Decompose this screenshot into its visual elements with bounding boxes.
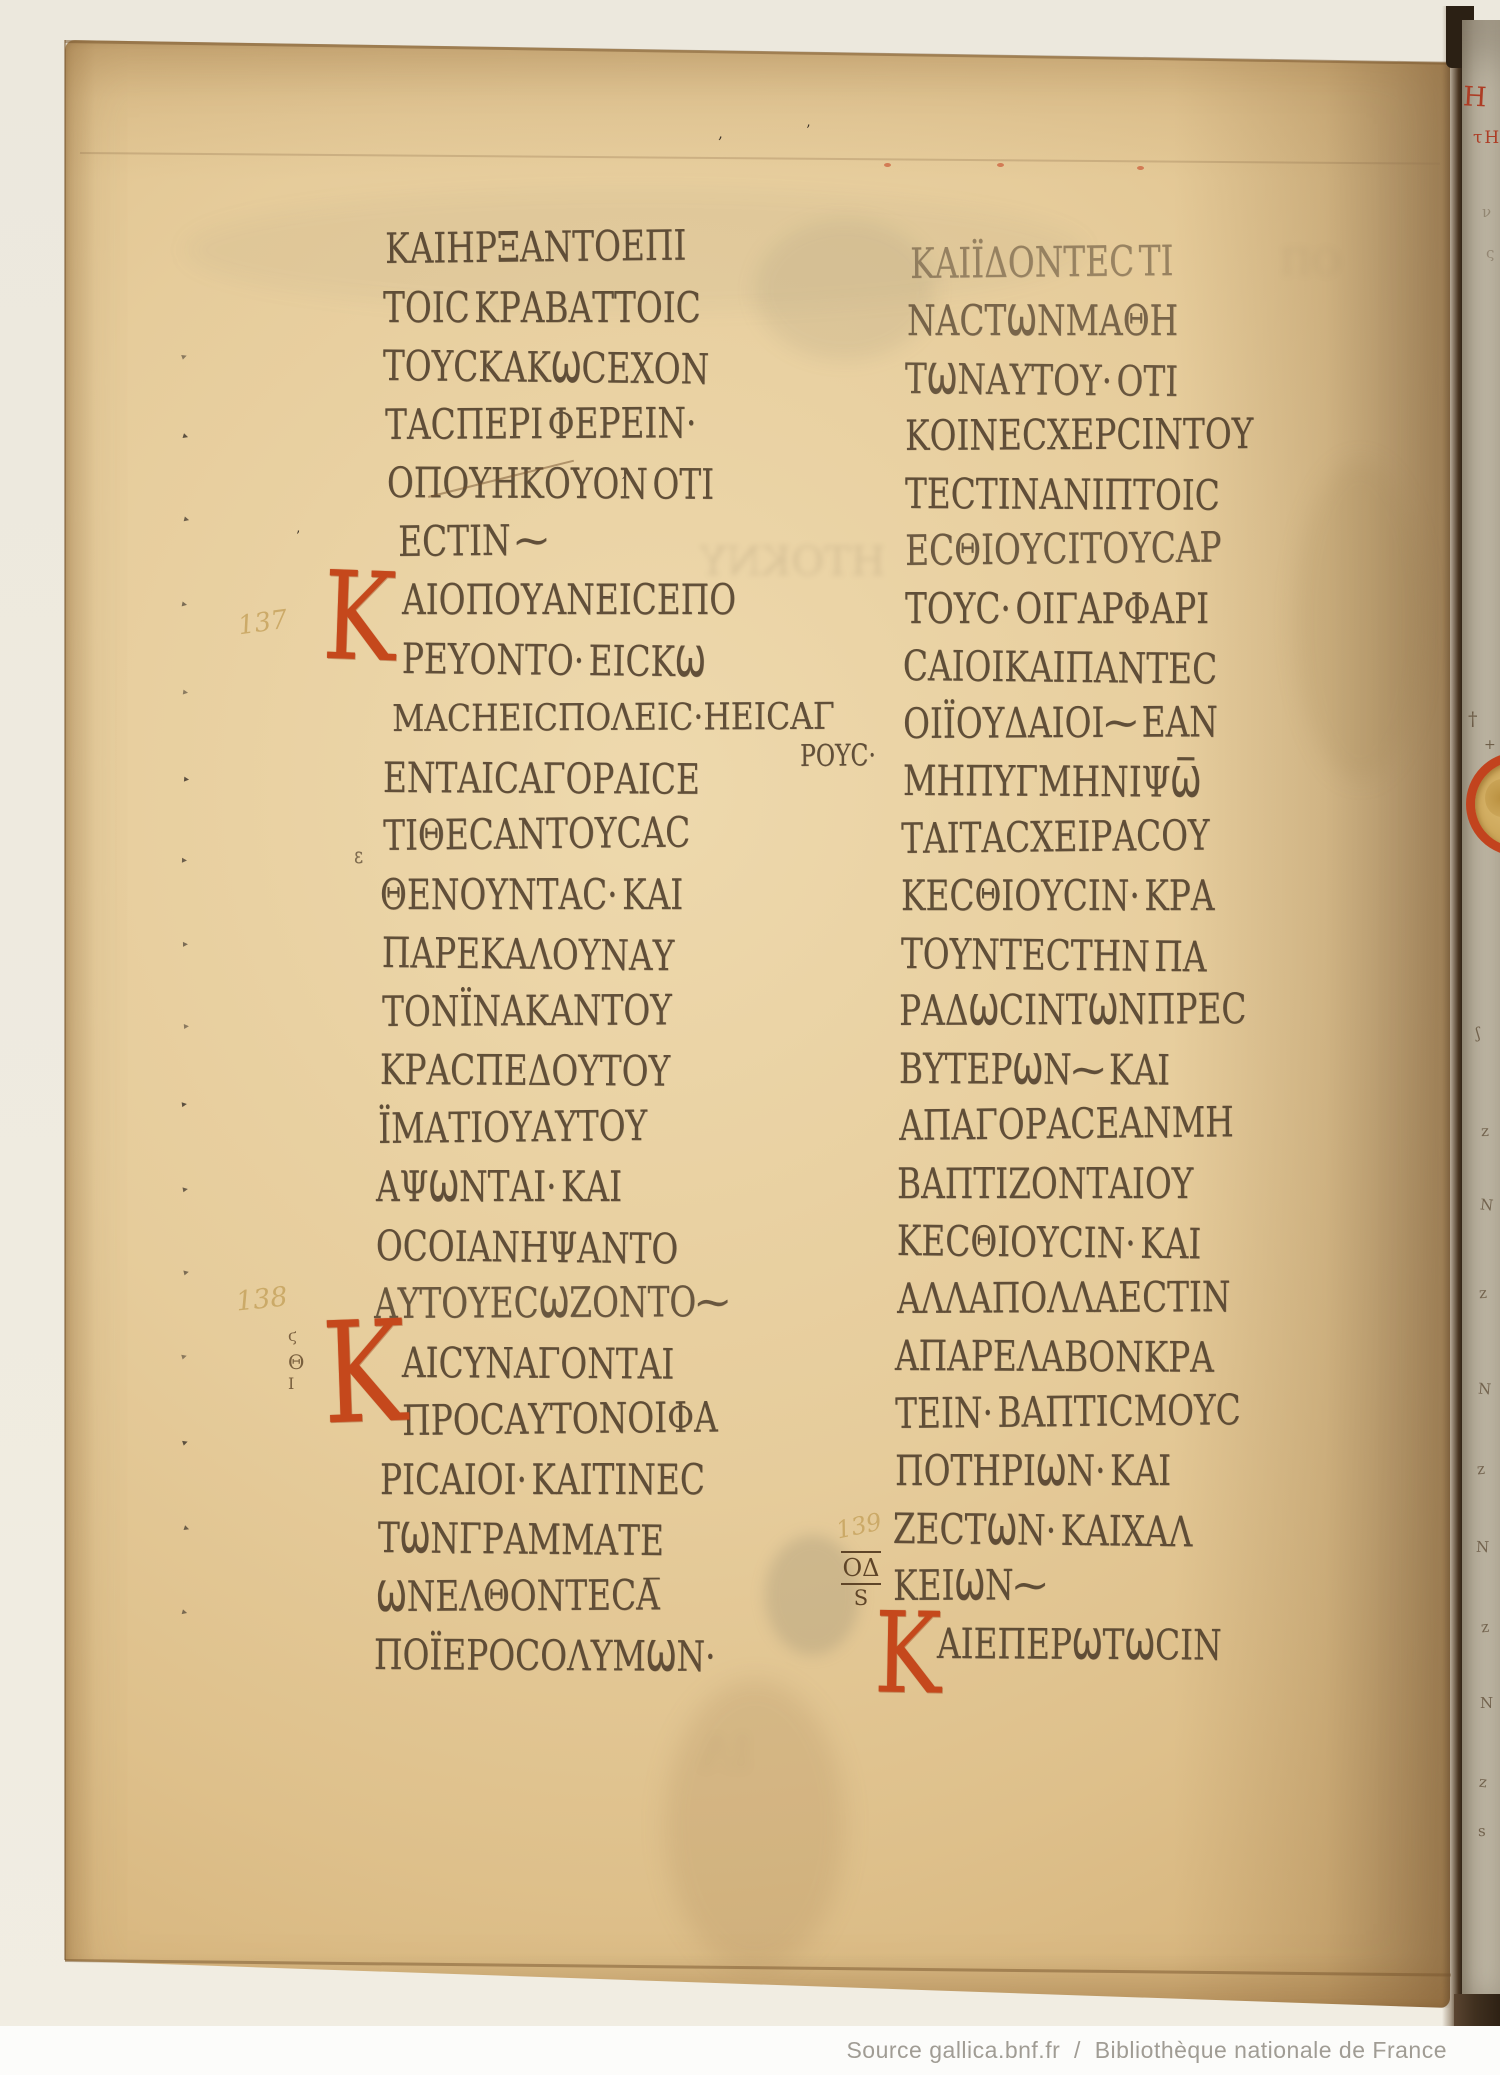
left-column-line: ѠΝΕΛΘΟΝΤΕϹΑ̅ — [376, 1576, 740, 1618]
red-initial-kappa: Κ — [320, 1303, 409, 1446]
scanned-manuscript-view: { "footer": { "source_label": "Source ga… — [0, 0, 1500, 2075]
prick-mark: ▸ — [181, 600, 188, 611]
right-column-line: ΚΕϹΘΙΟΥϹΙΝ· ΚΑΙ — [897, 1220, 1287, 1262]
right-column-line: ΜΗΠΥΓΜΗΝΙΨѠ̅ — [903, 760, 1285, 802]
right-column-line: ΒΥΤΕΡѠΝ⁓ ΚΑΙ — [899, 1048, 1247, 1090]
margin-folio-number: 137 — [236, 607, 289, 640]
right-column-line: ΖΕϹΤѠΝ· ΚΑΙΧΑΛ — [893, 1508, 1277, 1550]
right-column-line: ΑΠΑΡΕΛΑΒΟΝΚΡΑ — [895, 1335, 1304, 1377]
prick-mark: ▸ — [180, 351, 188, 362]
bleedthrough-ghost-text: ΗΤΟΚΝΥ — [700, 542, 886, 582]
facing-page-rubric-fragment: τΗ — [1473, 130, 1500, 147]
canon-number-mark: ϛ — [288, 1328, 297, 1344]
facing-page-cutoff-letter: z — [1479, 1286, 1488, 1301]
left-column-line: ΠΡΟϹΑΥΤΟΝΟΙΦΑ — [402, 1400, 807, 1442]
prick-mark: ▸ — [182, 1185, 189, 1196]
left-column-line: ΠΟΪΕΡΟϹΟΛΥΜѠΝ· — [374, 1634, 812, 1676]
facing-page-cutoff-letter: z — [1480, 1620, 1490, 1636]
facing-page-cutoff-letter: z — [1481, 1124, 1489, 1139]
facing-page-cutoff-letter: s — [1478, 1824, 1486, 1839]
bleedthrough-ghost-text: ΙΛ — [700, 1730, 751, 1776]
right-column-line: ΑΙΕΠΕΡѠΤѠϹΙΝ — [937, 1623, 1302, 1665]
left-column-line: ΡΕΥΟΝΤΟ· ΕΙϹΚѠ — [402, 638, 791, 680]
left-column-line: ΚΑΙΗΡΞΑΝΤΟΕΠΙ — [385, 228, 771, 270]
facing-page-faint-mark: ν — [1482, 205, 1491, 220]
right-column-line: ΤΑΙΤΑϹΧΕΙΡΑϹΟΥ — [901, 818, 1296, 860]
left-column-line: ΘΕΝΟΥΝΤΑϹ· ΚΑΙ — [380, 874, 769, 916]
prick-mark: ▸ — [182, 1437, 190, 1448]
facing-page-cutoff-letter: N — [1480, 1696, 1493, 1711]
prick-mark: ▸ — [182, 856, 187, 866]
facing-page-cutoff-letter: z — [1476, 1462, 1485, 1478]
red-speck — [884, 163, 891, 167]
canon-number-mark: Ι — [288, 1376, 294, 1392]
red-initial-kappa: Κ — [321, 555, 398, 679]
ink-layer: ΚΑΙΗΡΞΑΝΤΟΕΠΙΤΟΙϹ ΚΡΑΒΑΤΤΟΙϹΤΟΥϹΚΑΚѠϹΕΧΟ… — [0, 0, 1500, 2075]
ink-speck: ’ — [806, 124, 810, 138]
right-column-line: ΚΕϹΘΙΟΥϹΙΝ· ΚΡΑ — [901, 875, 1303, 917]
red-speck — [1137, 166, 1144, 170]
source-credit: Source gallica.bnf.fr / Bibliothèque nat… — [846, 2037, 1447, 2064]
facing-page-cross-mark: † — [1468, 710, 1478, 729]
right-column-line: ΒΑΠΤΙΖΟΝΤΑΙΟΥ — [897, 1163, 1277, 1205]
prick-mark: ▸ — [183, 1268, 190, 1279]
left-column-line: ΤΟΥϹΚΑΚѠϹΕΧΟΝ — [383, 345, 801, 387]
left-column-line: ΤΟΝΪΝΑΚΑΝΤΟΥ — [382, 991, 754, 1033]
prick-mark: ▸ — [184, 1022, 190, 1032]
interlinear-correction: ε — [354, 846, 365, 868]
interlinear-correction: ΡΟΥϹ· — [800, 742, 897, 772]
left-column-line: ΟϹΟΙΑΝΗΨΑΝΤΟ — [376, 1225, 764, 1267]
ink-speck: ˏ — [620, 466, 626, 478]
red-speck — [997, 163, 1004, 167]
right-column-line: ΑΛΛΑΠΟΛΛΑΕϹΤΙΝ — [897, 1278, 1325, 1320]
facing-page-cutoff-letter: z — [1478, 1775, 1488, 1791]
prick-mark: ▸ — [183, 1523, 191, 1534]
margin-folio-number: 139 — [834, 1509, 884, 1542]
prick-mark: ▸ — [182, 431, 190, 442]
canon-number-mark: Θ — [288, 1352, 304, 1372]
right-column-line: ΠΟΤΗΡΙѠΝ· ΚΑΙ — [895, 1450, 1249, 1492]
left-column-line: ΤѠΝΓΡΑΜΜΑΤΕ — [378, 1517, 745, 1559]
left-column-line: ΡΙϹΑΙΟΙ· ΚΑΙΤΙΝΕϹ — [380, 1459, 797, 1501]
right-column-line: ΑΠΑΓΟΡΑϹΕΑΝΜΗ — [899, 1105, 1328, 1147]
facing-page-cutoff-letter: N — [1479, 1197, 1494, 1213]
facing-page-cutoff-letter: N — [1476, 1540, 1490, 1555]
bleedthrough-ghost-text: ΟΠ — [1280, 246, 1341, 282]
right-column-line: ΤΟΥϹ· ΟΙΓΑΡΦΑΡΙ — [905, 588, 1295, 630]
left-column-line: ΟΠΟΥΗΚΟΥΟΝ ΟΤΙ — [387, 462, 806, 504]
facing-page-cross-mark: + — [1484, 738, 1496, 752]
facing-page-rubric-fragment: Η ΠΕΡ — [1462, 83, 1500, 115]
right-column-line: ΚΑΙΪΔΟΝΤΕϹ ΤΙ — [910, 243, 1248, 285]
right-column-line: ΤѠΝΑΥΤΟΥ· ΟΤΙ — [905, 358, 1255, 400]
prick-mark: ▸ — [183, 940, 188, 950]
left-column-line: ΤΟΙϹ ΚΡΑΒΑΤΤΟΙϹ — [383, 287, 790, 329]
prick-mark: ▸ — [182, 688, 188, 699]
left-column-line: ΑΨѠΝΤΑΙ· ΚΑΙ — [376, 1166, 692, 1208]
red-initial-kappa: Κ — [873, 1597, 942, 1710]
right-column-line: ΝΑϹΤѠΝΜΑΘΗ — [907, 300, 1255, 342]
right-column-line: ϹΑΙΟΙΚΑΙΠΑΝΤΕϹ — [903, 645, 1306, 687]
left-column-line: ΠΑΡΕΚΑΛΟΥΝΑΥ — [382, 932, 757, 974]
facing-page-faint-mark: ς — [1486, 246, 1494, 261]
left-column-line: ΚΡΑϹΠΕΔΟΥΤΟΥ — [380, 1049, 752, 1091]
left-column-line: ΤΑϹΠΕΡΙ ΦΕΡΕΙΝ· — [385, 404, 784, 446]
right-column-line: ΕϹΘΙΟΥϹΙΤΟΥϹΑΡ — [905, 530, 1311, 572]
left-column-line: ΕΝΤΑΙϹΑΓΟΡΑΙϹΕ — [383, 757, 789, 799]
prick-mark: ▸ — [181, 1100, 187, 1111]
prick-mark: ▸ — [181, 1608, 188, 1619]
facing-page-cutoff-letter: ʃ — [1475, 1026, 1481, 1041]
left-column-line: ΑΙΟΠΟΥΑΝΕΙϹΕΠΟ — [402, 579, 830, 621]
margin-folio-number: 138 — [235, 1283, 289, 1315]
left-column-line: ΜΑϹΗΕΙϹΠΟΛΕΙϹ·ΗΕΙϹΑΓ — [392, 700, 913, 737]
right-column-line: ΤΕϹΤΙΝΑΝΙΠΤΟΙϹ — [905, 473, 1309, 515]
eusebian-canon-mark: ΟΔS — [841, 1548, 881, 1609]
right-column-line: ΡΑΔѠϹΙΝΤѠΝΠΡΕϹ — [899, 990, 1344, 1032]
left-column-line: ΪΜΑΤΙΟΥΑΥΤΟΥ — [378, 1108, 723, 1150]
footer-bar: Source gallica.bnf.fr / Bibliothèque nat… — [0, 2026, 1500, 2075]
left-column-line: ΤΙΘΕϹΑΝΤΟΥϹΑϹ — [383, 815, 777, 857]
right-column-line: ΤΕΙΝ· ΒΑΠΤΙϹΜΟΥϹ — [895, 1393, 1338, 1435]
left-column-line: ΑΥΤΟΥΕϹѠΖΟΝΤΟ⁓ — [374, 1283, 829, 1325]
ink-speck: ’ — [296, 530, 300, 543]
right-column-line: ΚΟΙΝΕϹΧΕΡϹΙΝΤΟΥ — [905, 415, 1351, 457]
left-column-line: ΕϹΤΙΝ ⁓ — [398, 521, 590, 563]
ink-speck: ‚ — [718, 126, 723, 141]
prick-mark: ▸ — [184, 775, 190, 785]
right-column-line: ΤΟΥΝΤΕϹΤΗΝ ΠΑ — [901, 933, 1293, 975]
left-column-line: ΑΙϹΥΝΑΓΟΝΤΑΙ — [402, 1342, 751, 1384]
right-column-line: ΟΙΪΟΥΔΑΙΟΙ⁓ ΕΑΝ — [903, 703, 1307, 745]
prick-mark: ▸ — [181, 1352, 189, 1363]
prick-mark: ▸ — [183, 515, 190, 526]
facing-page-cutoff-letter: N — [1477, 1382, 1491, 1398]
